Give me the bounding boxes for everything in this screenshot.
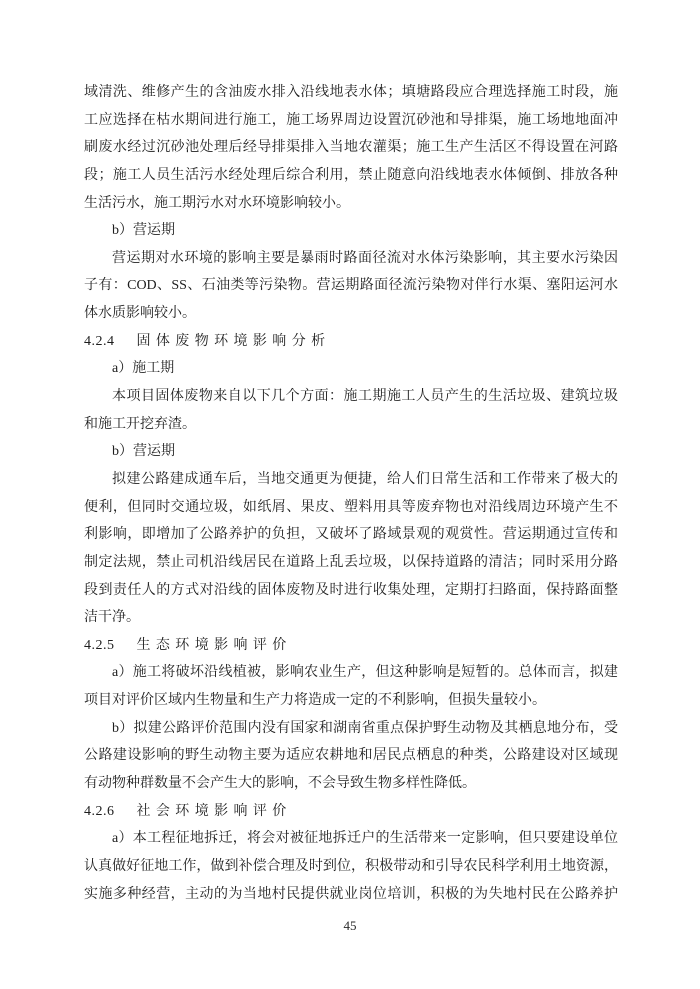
paragraph-line: 段到责任人的方式对沿线的固体废物及时进行收集处理，定期打扫路面，保持路面整 [84, 577, 618, 605]
paragraph-line: 洁干净。 [84, 604, 618, 632]
paragraph-line: 生活污水，施工期污水对水环境影响较小。 [84, 190, 618, 218]
section-heading-4-2-4: 4.2.4固体废物环境影响分析 [84, 328, 618, 356]
heading-number: 4.2.6 [84, 804, 115, 819]
heading-title: 社会环境影响评价 [137, 804, 292, 819]
paragraph-line: 公路建设影响的野生动物主要为适应农耕地和居民点栖息的种类，公路建设对区域现 [84, 742, 618, 770]
document-page: 域清洗、维修产生的含油废水排入沿线地表水体；填塘路段应合理选择施工时段，施 工应… [0, 0, 700, 989]
subsection-label-b-operation: b）营运期 [84, 217, 618, 245]
heading-number: 4.2.4 [84, 334, 115, 349]
document-body: 域清洗、维修产生的含油废水排入沿线地表水体；填塘路段应合理选择施工时段，施 工应… [84, 79, 618, 908]
paragraph-line: a）本工程征地拆迁，将会对被征地拆迁户的生活带来一定影响，但只要建设单位 [84, 825, 618, 853]
paragraph-line: 工应选择在枯水期间进行施工，施工场界周边设置沉砂池和导排渠，施工场地地面冲 [84, 107, 618, 135]
heading-title: 固体废物环境影响分析 [137, 334, 331, 349]
paragraph-line: 认真做好征地工作，做到补偿合理及时到位，积极带动和引导农民科学利用土地资源， [84, 853, 618, 881]
paragraph-line: 域清洗、维修产生的含油废水排入沿线地表水体；填塘路段应合理选择施工时段，施 [84, 79, 618, 107]
section-heading-4-2-6: 4.2.6社会环境影响评价 [84, 798, 618, 826]
paragraph-line: 营运期对水环境的影响主要是暴雨时路面径流对水体污染影响，其主要水污染因 [84, 245, 618, 273]
paragraph-line: b）拟建公路评价范围内没有国家和湖南省重点保护野生动物及其栖息地分布，受 [84, 715, 618, 743]
paragraph-line: 有动物种群数量不会产生大的影响，不会导致生物多样性降低。 [84, 770, 618, 798]
paragraph-line: 项目对评价区域内生物量和生产力将造成一定的不利影响，但损失量较小。 [84, 687, 618, 715]
paragraph-line: 刷废水经过沉砂池处理后经导排渠排入当地农灌渠；施工生产生活区不得设置在河路 [84, 134, 618, 162]
paragraph-line: 和施工开挖弃渣。 [84, 411, 618, 439]
paragraph-line: 体水质影响较小。 [84, 300, 618, 328]
paragraph-line: 段；施工人员生活污水经处理后综合利用，禁止随意向沿线地表水体倾倒、排放各种 [84, 162, 618, 190]
paragraph-line: 利影响，即增加了公路养护的负担，又破坏了路域景观的观赏性。营运期通过宣传和 [84, 521, 618, 549]
page-number: 45 [0, 918, 700, 934]
paragraph-line: 子有：COD、SS、石油类等污染物。营运期路面径流污染物对伴行水渠、塞阳运河水 [84, 272, 618, 300]
paragraph-line: a）施工将破坏沿线植被，影响农业生产，但这种影响是短暂的。总体而言，拟建 [84, 659, 618, 687]
paragraph-line: 制定法规，禁止司机沿线居民在道路上乱丢垃圾，以保持道路的清洁；同时采用分路 [84, 549, 618, 577]
heading-number: 4.2.5 [84, 638, 115, 653]
paragraph-line: 本项目固体废物来自以下几个方面：施工期施工人员产生的生活垃圾、建筑垃圾 [84, 383, 618, 411]
heading-title: 生态环境影响评价 [137, 638, 292, 653]
section-heading-4-2-5: 4.2.5生态环境影响评价 [84, 632, 618, 660]
paragraph-line: 拟建公路建成通车后，当地交通更为便捷，给人们日常生活和工作带来了极大的 [84, 466, 618, 494]
paragraph-line: 实施多种经营，主动的为当地村民提供就业岗位培训，积极的为失地村民在公路养护 [84, 881, 618, 909]
subsection-label-b-operation: b）营运期 [84, 438, 618, 466]
paragraph-line: 便利，但同时交通垃圾，如纸屑、果皮、塑料用具等废弃物也对沿线周边环境产生不 [84, 494, 618, 522]
subsection-label-a-construction: a）施工期 [84, 355, 618, 383]
